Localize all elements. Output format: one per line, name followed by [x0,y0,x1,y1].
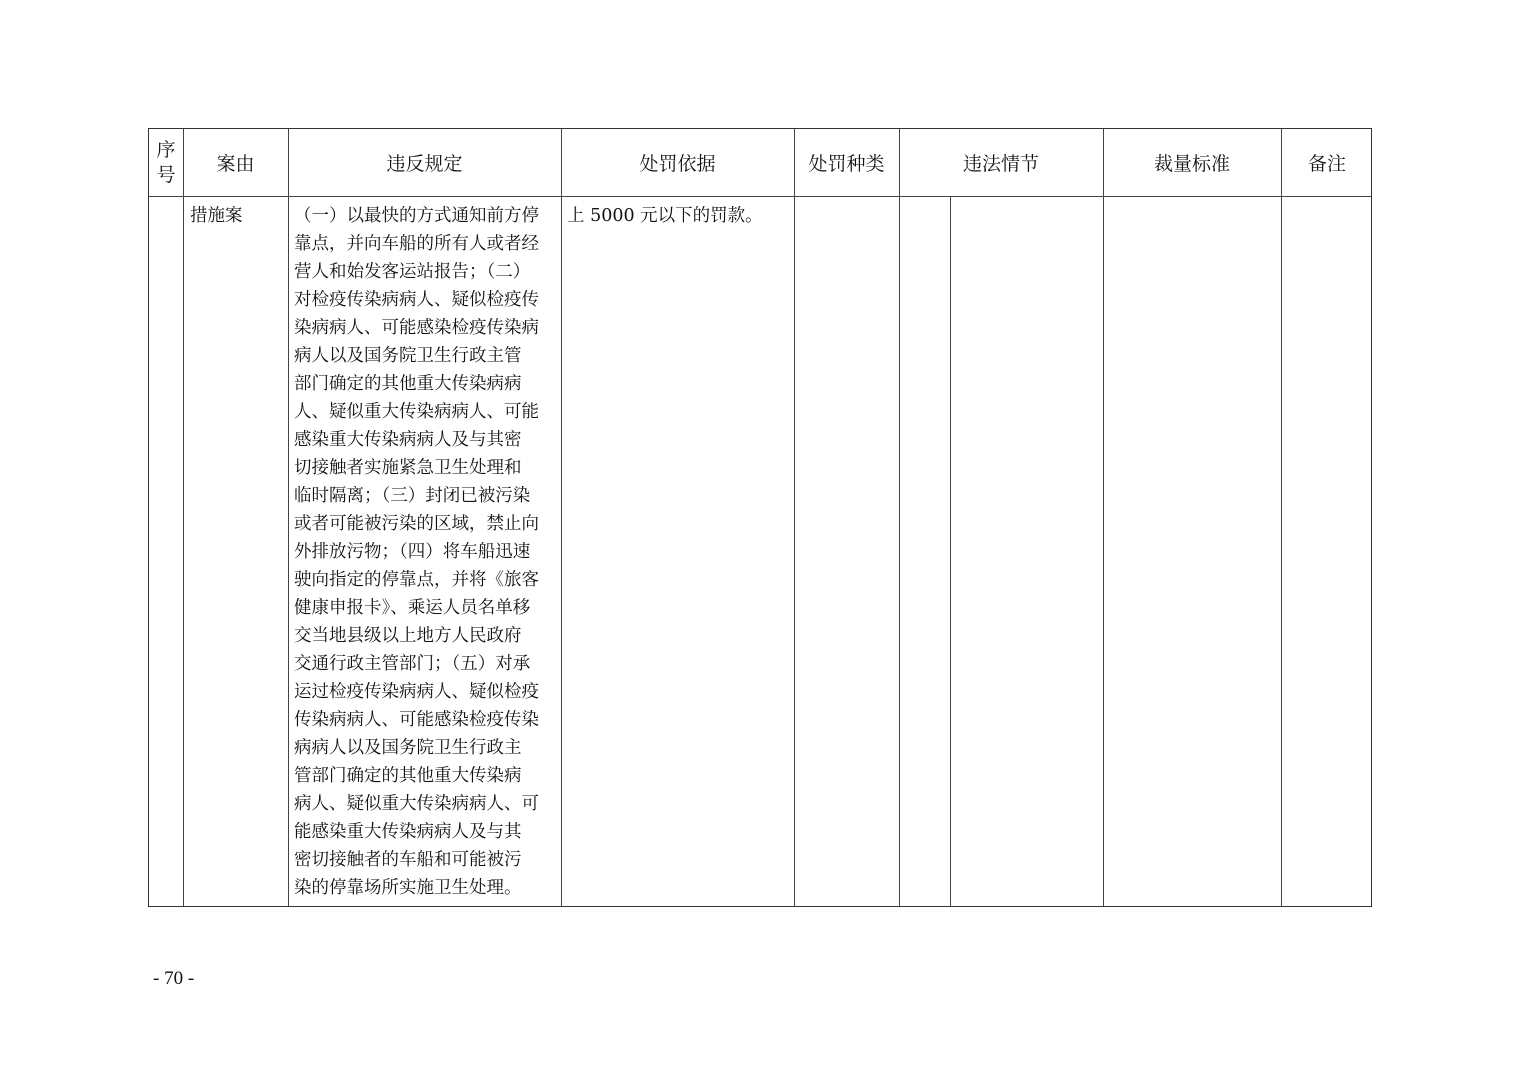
rule-line: 感染重大传染病病人及与其密 [294,426,562,454]
rule-line: 外排放污物；（四）将车船迅速 [294,538,562,566]
rule-line: 密切接触者的车船和可能被污 [294,846,562,874]
header-remark: 备注 [1281,129,1373,196]
header-rule: 违反规定 [288,129,561,196]
rule-line: 或者可能被污染的区域，禁止向 [294,510,562,538]
header-basis: 处罚依据 [561,129,794,196]
rule-line: 能感染重大传染病病人及与其 [294,818,562,846]
rule-line: 切接触者实施紧急卫生处理和 [294,454,562,482]
penalty-table: 序 号 案由 违反规定 处罚依据 处罚种类 违法情节 裁量标准 备注 措施案 （… [148,128,1372,907]
rule-line: 染的停靠场所实施卫生处理。 [294,874,562,902]
rule-line: 驶向指定的停靠点，并将《旅客 [294,566,562,594]
rule-line: 交当地县级以上地方人民政府 [294,622,562,650]
rule-line: 健康申报卡》、乘运人员名单移 [294,594,562,622]
header-seq-char-1: 序 [156,138,175,163]
rule-line: 靠点，并向车船的所有人或者经 [294,230,562,258]
header-seq: 序 号 [149,129,183,196]
column-divider [794,129,795,906]
rule-line: 临时隔离；（三）封闭已被污染 [294,482,562,510]
rule-line: 运过检疫传染病病人、疑似检疫 [294,678,562,706]
rule-line: 营人和始发客运站报告；（二） [294,258,562,286]
cell-case: 措施案 [190,202,243,230]
page-number: - 70 - [153,968,194,990]
header-type: 处罚种类 [794,129,899,196]
rule-line: （一）以最快的方式通知前方停 [294,202,562,230]
rule-line: 病人以及国务院卫生行政主管 [294,342,562,370]
header-circumstance: 违法情节 [899,129,1103,196]
header-case: 案由 [183,129,288,196]
rule-line: 交通行政主管部门；（五）对承 [294,650,562,678]
rule-line: 管部门确定的其他重大传染病 [294,762,562,790]
cell-basis: 上 5000 元以下的罚款。 [567,202,763,230]
column-divider [288,129,289,906]
column-divider [950,196,951,906]
header-standard: 裁量标准 [1103,129,1281,196]
rule-line: 病病人以及国务院卫生行政主 [294,734,562,762]
rule-line: 传染病病人、可能感染检疫传染 [294,706,562,734]
column-divider [1281,129,1282,906]
column-divider [899,129,900,906]
rule-line: 病人、疑似重大传染病病人、可 [294,790,562,818]
cell-rule: （一）以最快的方式通知前方停 靠点，并向车船的所有人或者经 营人和始发客运站报告… [294,202,559,902]
header-divider [149,196,1371,197]
rule-line: 染病病人、可能感染检疫传染病 [294,314,562,342]
header-seq-char-2: 号 [156,163,175,188]
column-divider [1103,129,1104,906]
rule-line: 人、疑似重大传染病病人、可能 [294,398,562,426]
column-divider [183,129,184,906]
rule-line: 对检疫传染病病人、疑似检疫传 [294,286,562,314]
rule-line: 部门确定的其他重大传染病病 [294,370,562,398]
